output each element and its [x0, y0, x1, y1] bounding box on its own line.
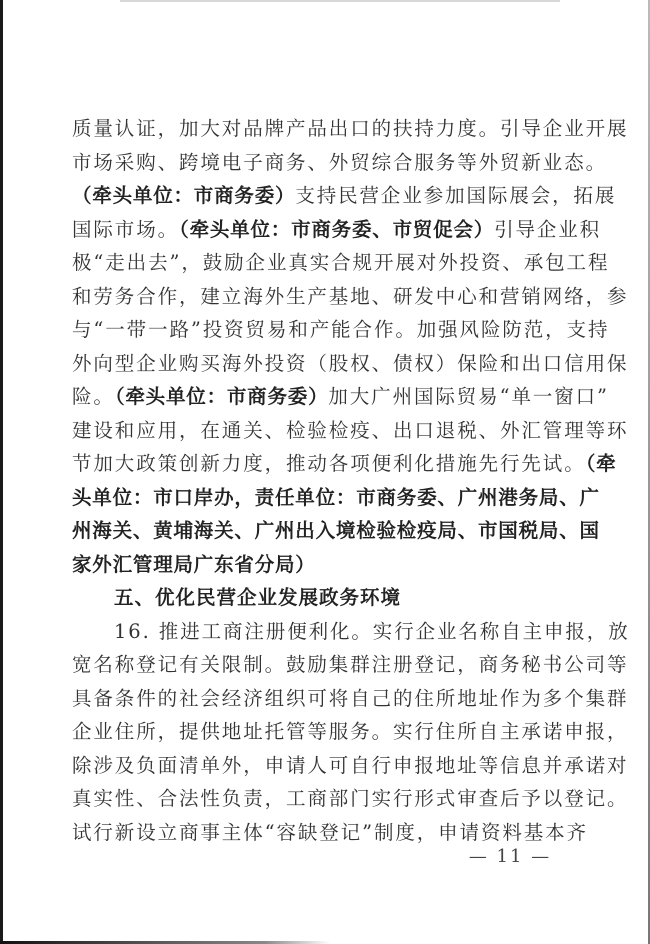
body-text: 引导企业积 [494, 218, 601, 241]
text-line: 节加大政策创新力度，推动各项便利化措施先行先试。（牵 [72, 447, 568, 481]
text-line: 和劳务合作，建立海外生产基地、研发中心和营销网络，参 [72, 280, 568, 314]
scan-edge-left [0, 0, 3, 944]
responsible-unit-text: 州海关、黄埔海关、广州出入境检验检疫局、市国税局、国 [72, 519, 600, 542]
paragraph-item-16: 16. 推进工商注册便利化。实行企业名称自主申报，放 宽名称登记有关限制。鼓励集… [72, 615, 568, 850]
responsible-unit-text: （牵 [586, 452, 617, 475]
body-text: 国际市场。 [72, 218, 179, 241]
text-line: 真实性、合法性负责，工商部门实行形式审查后予以登记。 [72, 782, 568, 816]
text-line: 市场采购、跨境电子商务、外贸综合服务等外贸新业态。 [72, 146, 568, 180]
text-line: 家外汇管理局广东省分局） [72, 548, 568, 582]
text-line: 企业住所，提供地址托管等服务。实行住所自主承诺申报， [72, 715, 568, 749]
body-text: 外向型企业购买海外投资（股权、债权）保险和出口信用保 [72, 352, 628, 375]
body-text: 市场采购、跨境电子商务、外贸综合服务等外贸新业态。 [72, 151, 607, 174]
body-text: 极“走出去”，鼓励企业真实合规开展对外投资、承包工程 [72, 251, 609, 274]
paragraph-foreign-trade: 质量认证，加大对品牌产品出口的扶持力度。引导企业开展市场采购、跨境电子商务、外贸… [72, 112, 568, 581]
text-line: 试行新设立商事主体“容缺登记”制度，申请资料基本齐 [72, 816, 568, 850]
text-line: 外向型企业购买海外投资（股权、债权）保险和出口信用保 [72, 347, 568, 381]
text-line: 头单位：市口岸办，责任单位：市商务委、广州港务局、广 [72, 481, 568, 515]
text-line: 具备条件的社会经济组织可将自己的住所地址作为多个集群 [72, 682, 568, 716]
document-page: 质量认证，加大对品牌产品出口的扶持力度。引导企业开展市场采购、跨境电子商务、外贸… [72, 112, 568, 849]
body-text: 和劳务合作，建立海外生产基地、研发中心和营销网络，参 [72, 285, 628, 308]
page-number: — 11 — [460, 846, 560, 867]
text-line: 质量认证，加大对品牌产品出口的扶持力度。引导企业开展 [72, 112, 568, 146]
body-text: 支持民营企业参加国际展会，拓展 [295, 184, 616, 207]
responsible-unit-text: （牵头单位：市商务委） [72, 184, 295, 207]
text-line: 极“走出去”，鼓励企业真实合规开展对外投资、承包工程 [72, 246, 568, 280]
body-text: 险。 [72, 385, 115, 408]
responsible-unit-text: 家外汇管理局广东省分局） [72, 553, 316, 576]
text-line: 宽名称登记有关限制。鼓励集群注册登记，商务秘书公司等 [72, 648, 568, 682]
body-text: 节加大政策创新力度，推动各项便利化措施先行先试。 [72, 452, 586, 475]
body-text: 加大广州国际贸易“单一窗口” [328, 385, 609, 408]
responsible-unit-text: （牵头单位：市商务委、市贸促会） [179, 218, 494, 241]
text-line: 16. 推进工商注册便利化。实行企业名称自主申报，放 [72, 615, 568, 649]
body-text: 质量认证，加大对品牌产品出口的扶持力度。引导企业开展 [72, 117, 628, 140]
text-line: 建设和应用，在通关、检验检疫、出口退税、外汇管理等环 [72, 414, 568, 448]
text-line: 与“一带一路”投资贸易和产能合作。加强风险防范，支持 [72, 313, 568, 347]
section-heading: 五、优化民营企业发展政务环境 [72, 581, 568, 615]
text-line: 险。（牵头单位：市商务委）加大广州国际贸易“单一窗口” [72, 380, 568, 414]
responsible-unit-text: 头单位：市口岸办，责任单位：市商务委、广州港务局、广 [72, 486, 600, 509]
text-line: 国际市场。（牵头单位：市商务委、市贸促会）引导企业积 [72, 213, 568, 247]
text-line: 州海关、黄埔海关、广州出入境检验检疫局、市国税局、国 [72, 514, 568, 548]
text-line: 除涉及负面清单外，申请人可自行申报地址等信息并承诺对 [72, 749, 568, 783]
body-text: 建设和应用，在通关、检验检疫、出口退税、外汇管理等环 [72, 419, 628, 442]
scan-edge-top [120, 0, 560, 2]
body-text: 与“一带一路”投资贸易和产能合作。加强风险防范，支持 [72, 318, 609, 341]
text-line: （牵头单位：市商务委）支持民营企业参加国际展会，拓展 [72, 179, 568, 213]
responsible-unit-text: （牵头单位：市商务委） [115, 385, 329, 408]
